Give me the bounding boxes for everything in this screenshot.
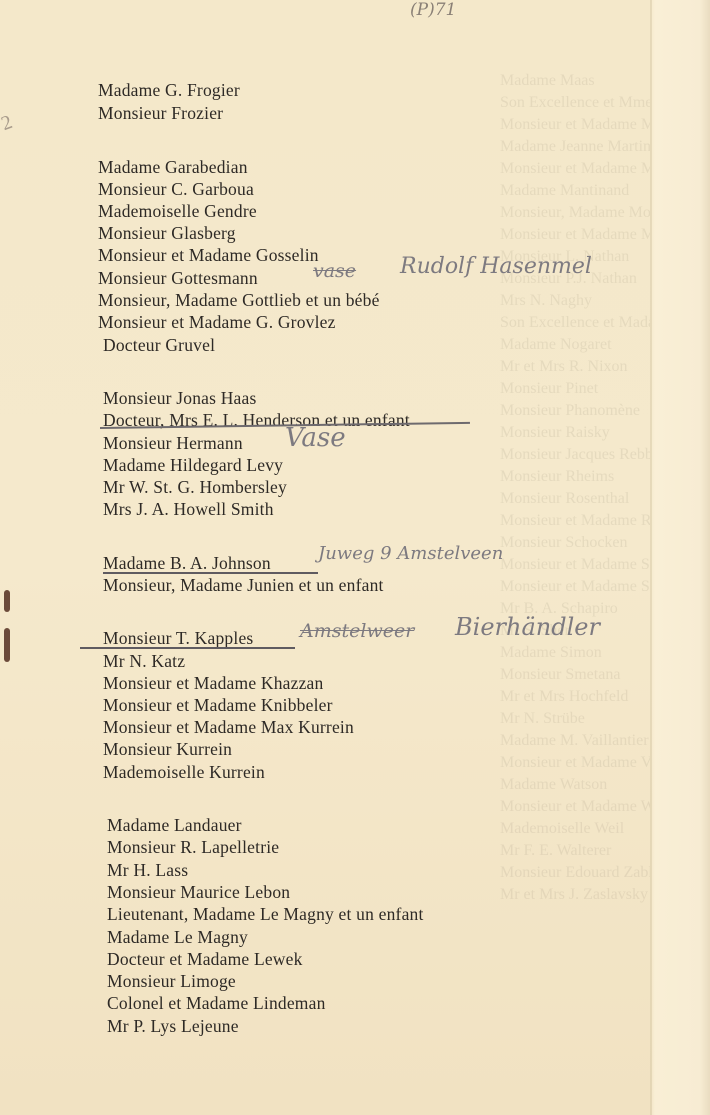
guest-entry: Monsieur et Madame Knibbeler — [103, 695, 333, 716]
guest-entry: Monsieur Limoge — [107, 971, 236, 992]
guest-entry: Monsieur Jonas Haas — [103, 388, 257, 409]
guest-entry: Madame Landauer — [107, 815, 242, 836]
handwritten-note: Juweg 9 Amstelveen — [318, 543, 503, 564]
guest-entry: Madame Hildegard Levy — [103, 455, 283, 476]
guest-entry: Monsieur et Madame G. Grovlez — [98, 312, 336, 333]
underline-johnson — [103, 572, 318, 574]
guest-entry: Mademoiselle Gendre — [98, 201, 257, 222]
guest-entry: Monsieur et Madame Khazzan — [103, 673, 323, 694]
pencil-mark: 2 — [0, 111, 16, 136]
guest-entry: Madame B. A. Johnson — [103, 553, 271, 574]
edge-ink-mark — [4, 590, 10, 612]
guest-entry: Monsieur R. Lapelletrie — [107, 837, 279, 858]
guest-entry: Docteur Gruvel — [103, 335, 215, 356]
guest-entry: Mademoiselle Kurrein — [103, 762, 265, 783]
page-number-annotation: (P)71 — [410, 0, 456, 20]
page-fold-line — [650, 0, 652, 1115]
guest-entry: Monsieur Glasberg — [98, 223, 236, 244]
guest-entry: Monsieur, Madame Junien et un enfant — [103, 575, 384, 596]
guest-entry: Mr P. Lys Lejeune — [107, 1016, 239, 1037]
handwritten-note: vase — [313, 260, 356, 282]
guest-entry: Madame Le Magny — [107, 927, 248, 948]
guest-entry: Monsieur Kurrein — [103, 739, 232, 760]
guest-entry: Monsieur Maurice Lebon — [107, 882, 290, 903]
guest-entry: Madame G. Frogier — [98, 80, 240, 101]
edge-ink-mark — [4, 628, 10, 662]
guest-entry: Monsieur Hermann — [103, 433, 243, 454]
underline-kapples — [80, 647, 295, 649]
guest-entry: Colonel et Madame Lindeman — [107, 993, 326, 1014]
guest-entry: Monsieur Gottesmann — [98, 268, 258, 289]
handwritten-note: Rudolf Hasenmel — [400, 254, 592, 279]
handwritten-note: Bierhändler — [455, 613, 600, 641]
guest-entry: Monsieur, Madame Gottlieb et un bébé — [98, 290, 380, 311]
guest-entry: Lieutenant, Madame Le Magny et un enfant — [107, 904, 424, 925]
handwritten-note: Vase — [285, 423, 346, 453]
guest-entry: Madame Garabedian — [98, 157, 248, 178]
handwritten-note: Amstelweer — [300, 620, 414, 642]
bleed-through-text: Madame MaasSon Excellence et Mme Massigl… — [500, 70, 650, 906]
guest-entry: Mr W. St. G. Hombersley — [103, 477, 287, 498]
guest-entry: Monsieur et Madame Max Kurrein — [103, 717, 354, 738]
guest-entry: Monsieur Frozier — [98, 103, 223, 124]
guest-entry: Mrs J. A. Howell Smith — [103, 499, 274, 520]
guest-entry: Monsieur C. Garboua — [98, 179, 254, 200]
guest-entry: Mr H. Lass — [107, 860, 188, 881]
guest-entry: Monsieur T. Kapples — [103, 628, 253, 649]
document-page: Madame MaasSon Excellence et Mme Massigl… — [0, 0, 710, 1115]
guest-entry: Docteur et Madame Lewek — [107, 949, 303, 970]
guest-entry: Monsieur et Madame Gosselin — [98, 245, 319, 266]
guest-entry: Mr N. Katz — [103, 651, 185, 672]
